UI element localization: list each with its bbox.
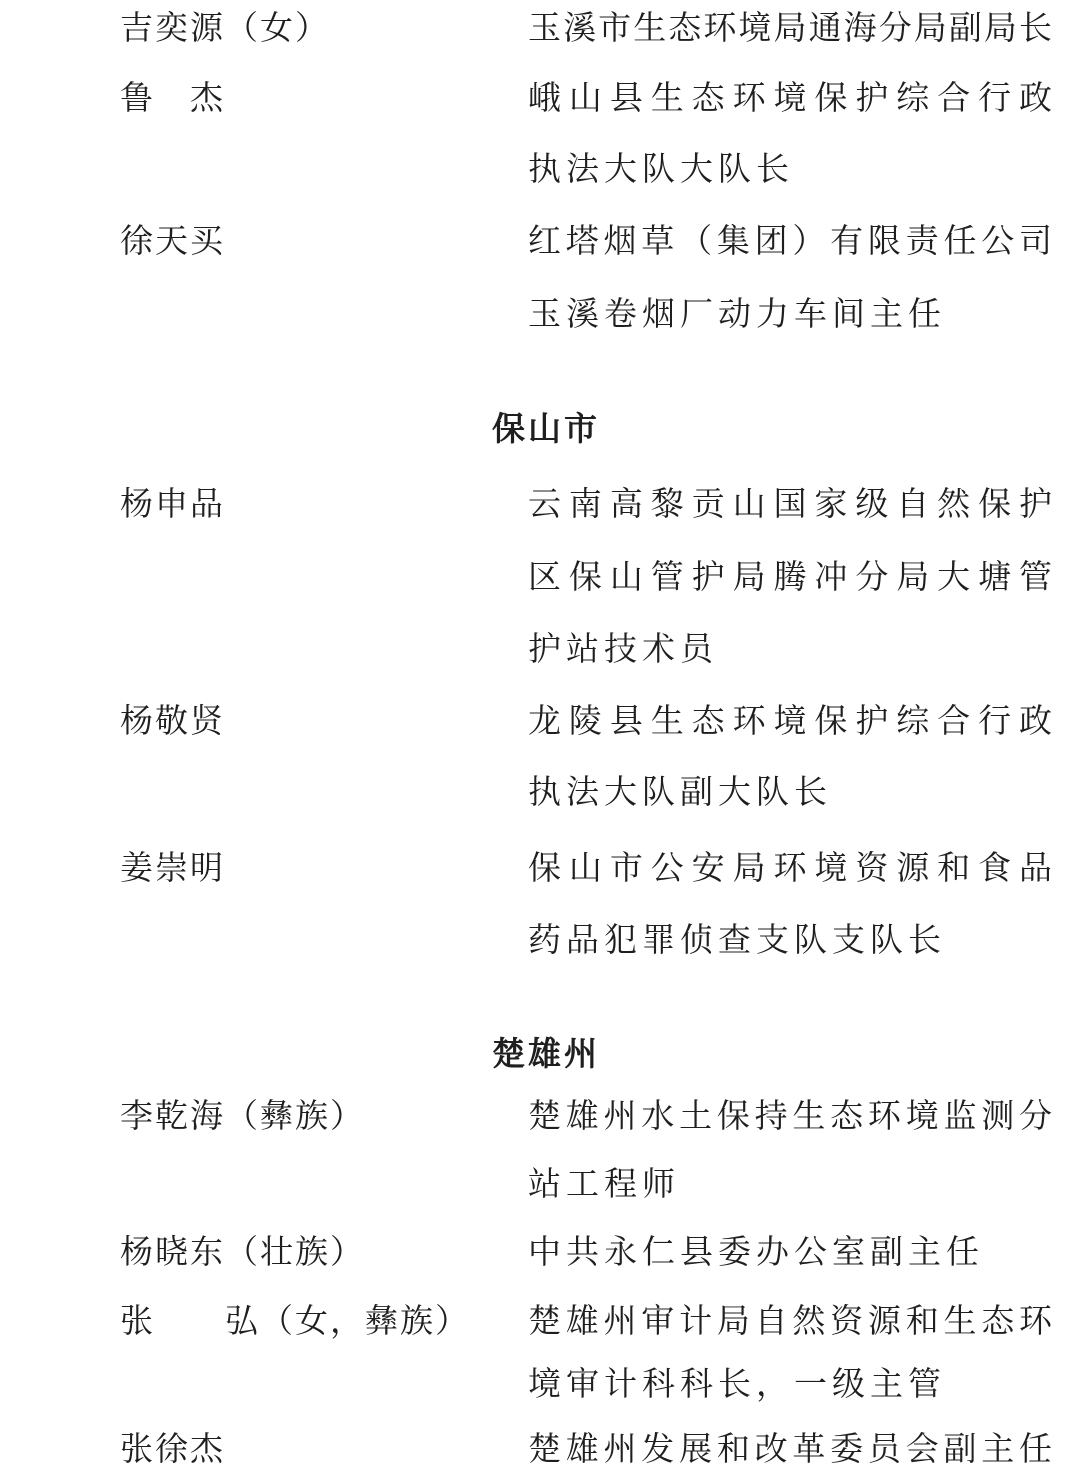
position-line: 玉溪市生态环境局通海分局副局长 [528,9,1052,49]
position-line: 楚雄州审计局自然资源和生态环 [528,1302,1052,1342]
position-line: 保山市公安局环境资源和食品 [528,849,1052,889]
position-line: 龙陵县生态环境保护综合行政 [528,702,1052,742]
person-name: 杨晓东（壮族） [120,1233,365,1273]
position-line: 执法大队副大队长 [528,773,1052,813]
position-line: 药品犯罪侦查支队支队长 [528,921,1052,961]
position-line: 站工程师 [528,1165,1052,1205]
person-name: 张 弘（女，彝族） [120,1302,470,1342]
person-name: 吉奕源（女） [120,9,330,49]
person-name: 鲁 杰 [120,79,225,119]
position-line: 云南高黎贡山国家级自然保护 [528,485,1052,525]
position-line: 峨山县生态环境保护综合行政 [528,79,1052,119]
section-header-chuxiong: 楚雄州 [492,1035,600,1075]
position-line: 楚雄州发展和改革委员会副主任 [528,1430,1052,1470]
position-line: 护站技术员 [528,630,1052,670]
person-name: 张徐杰 [120,1430,225,1470]
position-line: 楚雄州水土保持生态环境监测分 [528,1097,1052,1137]
position-line: 执法大队大队长 [528,150,1052,190]
section-header-baoshan: 保山市 [492,410,600,450]
position-line: 境审计科科长，一级主管 [528,1365,1052,1405]
person-name: 杨申品 [120,485,225,525]
position-line: 区保山管护局腾冲分局大塘管 [528,558,1052,598]
person-name: 李乾海（彝族） [120,1097,365,1137]
person-name: 徐天买 [120,222,225,262]
person-name: 杨敬贤 [120,702,225,742]
person-name: 姜崇明 [120,849,225,889]
position-line: 中共永仁县委办公室副主任 [528,1233,1052,1273]
position-line: 红塔烟草（集团）有限责任公司 [528,222,1052,262]
position-line: 玉溪卷烟厂动力车间主任 [528,295,1052,335]
document-page: 吉奕源（女） 玉溪市生态环境局通海分局副局长 鲁 杰 峨山县生态环境保护综合行政… [0,0,1080,1476]
